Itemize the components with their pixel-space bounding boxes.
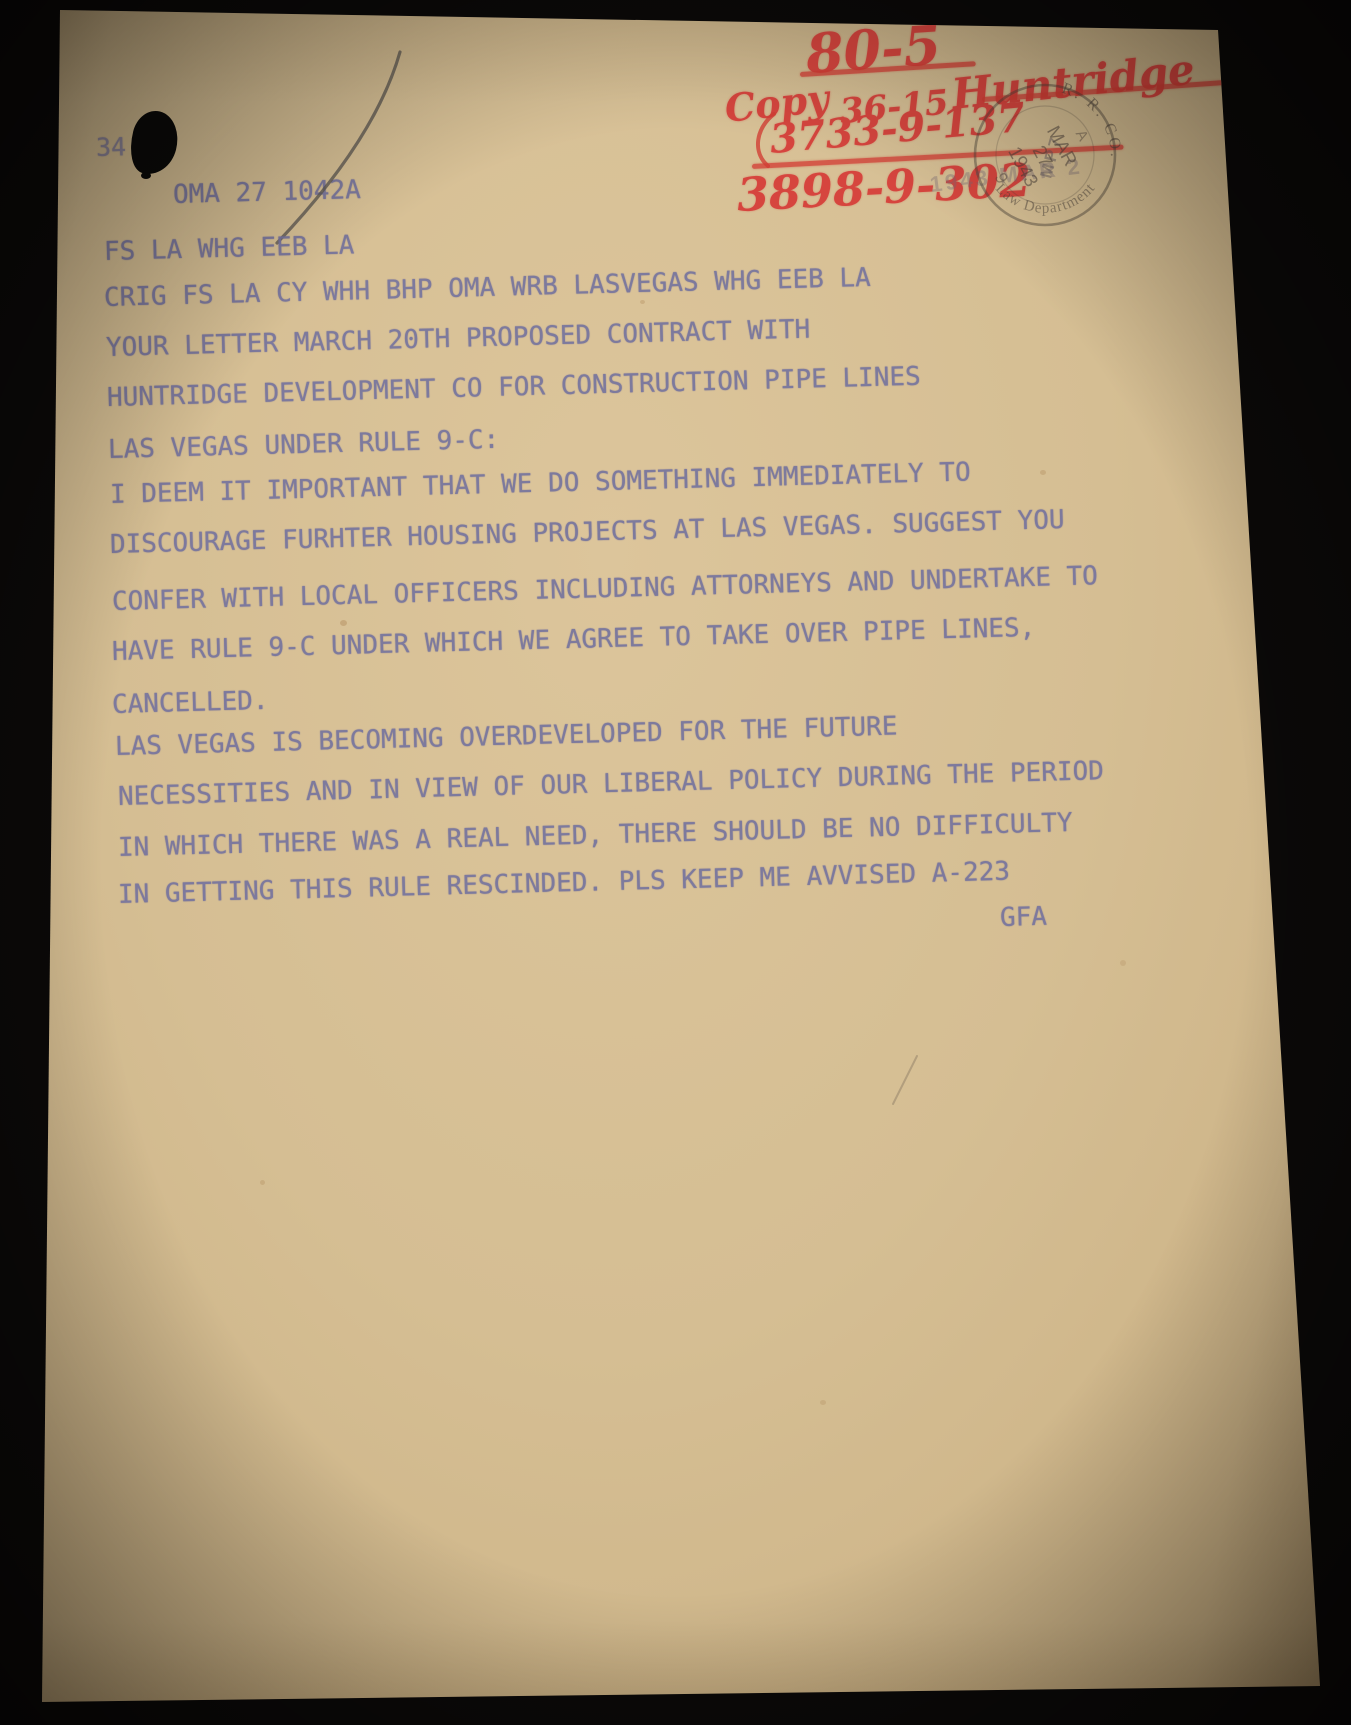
typed-line: IN GETTING THIS RULE RESCINDED. PLS KEEP…: [118, 857, 1011, 910]
paper-speck: [1040, 470, 1046, 475]
typed-line: HAVE RULE 9-C UNDER WHICH WE AGREE TO TA…: [112, 613, 1036, 667]
typed-line: I DEEM IT IMPORTANT THAT WE DO SOMETHING…: [110, 457, 971, 510]
svg-text:Law Department: Law Department: [992, 180, 1099, 217]
faint-scratch-mark: [885, 1050, 925, 1110]
typed-line: CONFER WITH LOCAL OFFICERS INCLUDING ATT…: [112, 561, 1099, 617]
date-stamp: R. R. CO. Law Department A MAR 27 1943 9: [958, 68, 1133, 243]
svg-text:A: A: [1072, 127, 1092, 144]
paper-speck: [260, 1180, 265, 1185]
signature-initials: GFA: [1000, 902, 1048, 933]
paper-speck: [820, 1400, 826, 1405]
telegram-scan: { "doc": { "corner_number": "34", "heade…: [0, 0, 1351, 1725]
typed-line: NECESSITIES AND IN VIEW OF OUR LIBERAL P…: [118, 756, 1105, 812]
paper-speck: [340, 620, 347, 626]
typed-line: CANCELLED.: [112, 686, 269, 720]
typed-line: LAS VEGAS UNDER RULE 9-C:: [108, 425, 500, 465]
paper-speck: [640, 300, 645, 304]
typed-line: DISCOURAGE FURHTER HOUSING PROJECTS AT L…: [110, 505, 1065, 560]
typed-line: LAS VEGAS IS BECOMING OVERDEVELOPED FOR …: [115, 712, 898, 762]
typed-line: IN WHICH THERE WAS A REAL NEED, THERE SH…: [118, 808, 1073, 863]
paper-sheet: 34 OMA 27 1042A FS LA WHG EEB LA CRIG FS…: [0, 0, 1351, 1725]
paper-speck: [1120, 960, 1126, 966]
